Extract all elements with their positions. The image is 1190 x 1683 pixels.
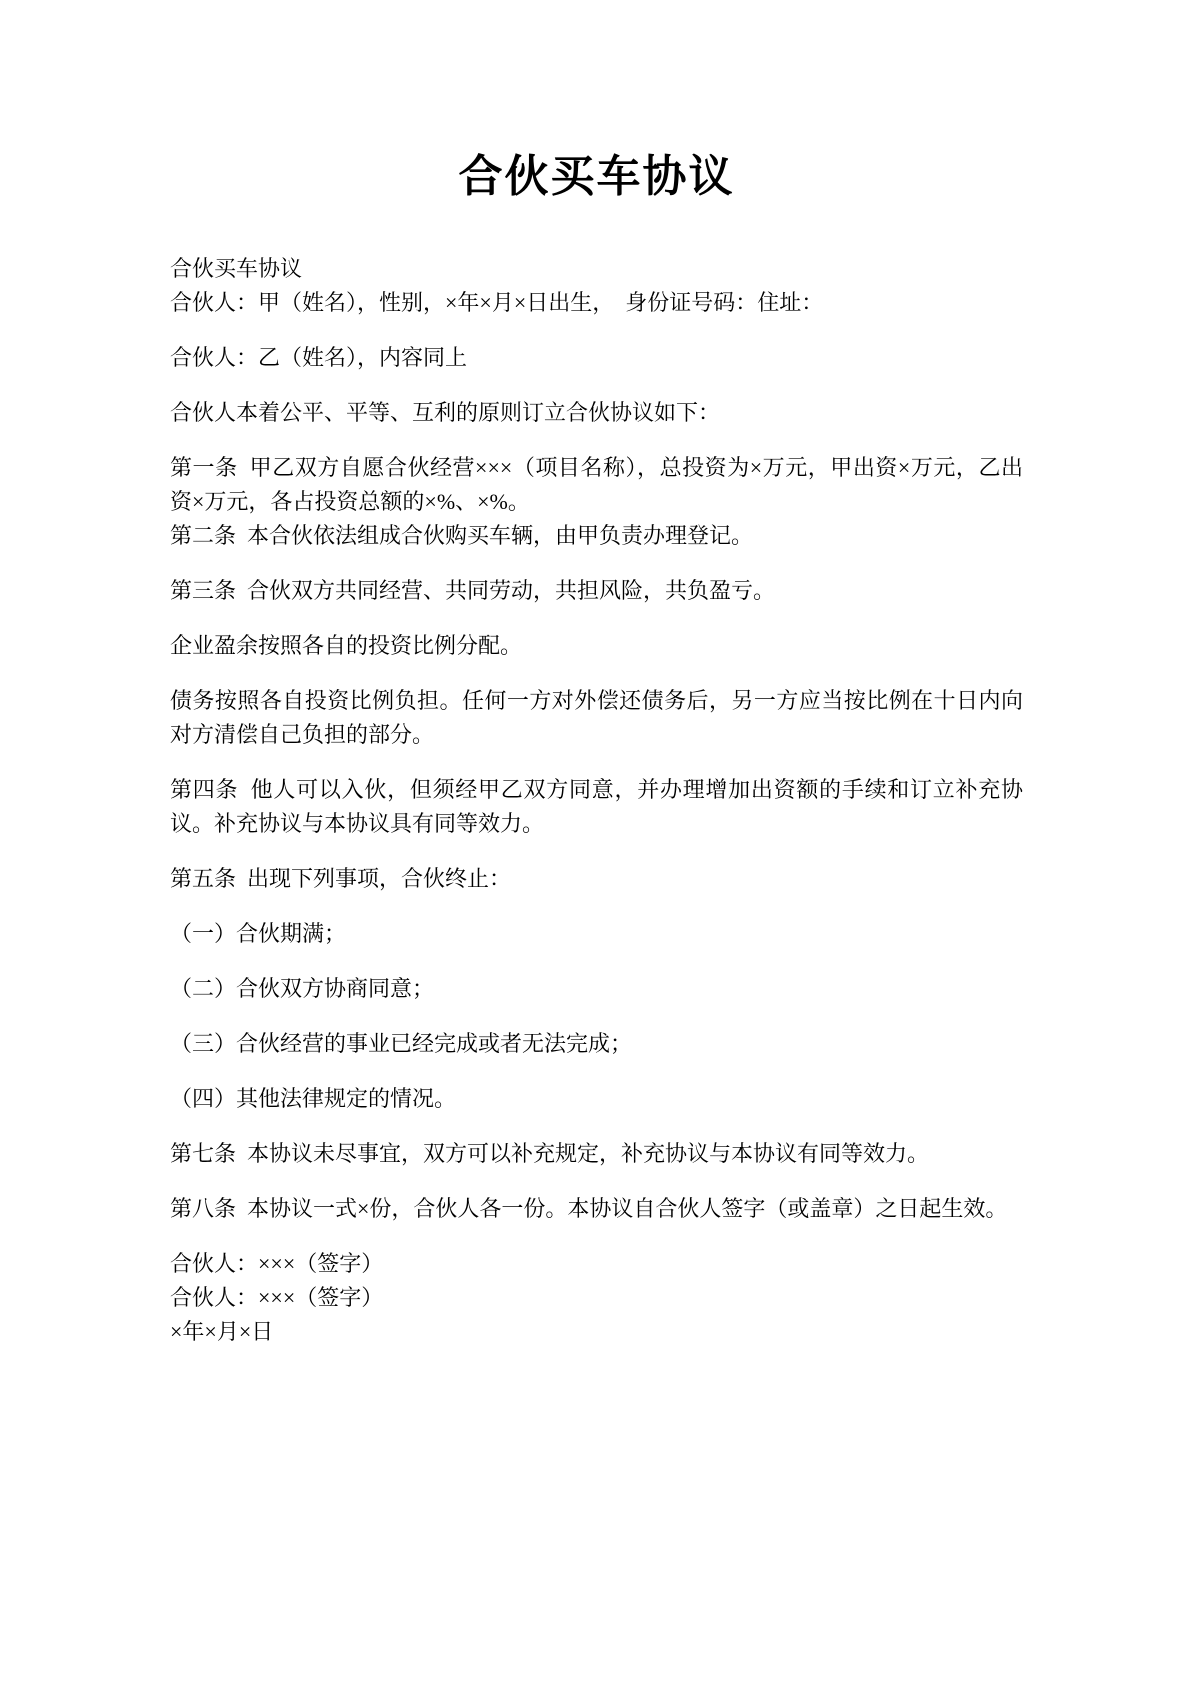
document-body: 合伙买车协议 合伙人：甲（姓名），性别，×年×月×日出生， 身份证号码：住址：合… bbox=[170, 252, 1023, 1349]
paragraph: 合伙人：×××（签字） 合伙人：×××（签字） ×年×月×日 bbox=[170, 1247, 1023, 1349]
paragraph: （一）合伙期满； bbox=[170, 917, 1023, 951]
paragraph: 合伙人本着公平、平等、互利的原则订立合伙协议如下： bbox=[170, 396, 1023, 430]
paragraph: 合伙人：乙（姓名），内容同上 bbox=[170, 341, 1023, 375]
paragraph: （二）合伙双方协商同意； bbox=[170, 972, 1023, 1006]
paragraph: （四）其他法律规定的情况。 bbox=[170, 1082, 1023, 1116]
paragraph: 第一条 甲乙双方自愿合伙经营×××（项目名称），总投资为×万元，甲出资×万元，乙… bbox=[170, 451, 1023, 553]
paragraph: （三）合伙经营的事业已经完成或者无法完成； bbox=[170, 1027, 1023, 1061]
paragraph: 第七条 本协议未尽事宜，双方可以补充规定，补充协议与本协议有同等效力。 bbox=[170, 1137, 1023, 1171]
paragraph: 合伙买车协议 合伙人：甲（姓名），性别，×年×月×日出生， 身份证号码：住址： bbox=[170, 252, 1023, 320]
document-page: 合伙买车协议 合伙买车协议 合伙人：甲（姓名），性别，×年×月×日出生， 身份证… bbox=[0, 0, 1190, 1683]
paragraph: 债务按照各自投资比例负担。任何一方对外偿还债务后，另一方应当按比例在十日内向对方… bbox=[170, 684, 1023, 752]
document-title: 合伙买车协议 bbox=[170, 148, 1023, 206]
paragraph: 第四条 他人可以入伙，但须经甲乙双方同意，并办理增加出资额的手续和订立补充协议。… bbox=[170, 773, 1023, 841]
paragraph: 第五条 出现下列事项，合伙终止： bbox=[170, 862, 1023, 896]
paragraph: 第三条 合伙双方共同经营、共同劳动，共担风险，共负盈亏。 bbox=[170, 574, 1023, 608]
paragraph: 企业盈余按照各自的投资比例分配。 bbox=[170, 629, 1023, 663]
paragraph: 第八条 本协议一式×份，合伙人各一份。本协议自合伙人签字（或盖章）之日起生效。 bbox=[170, 1192, 1023, 1226]
